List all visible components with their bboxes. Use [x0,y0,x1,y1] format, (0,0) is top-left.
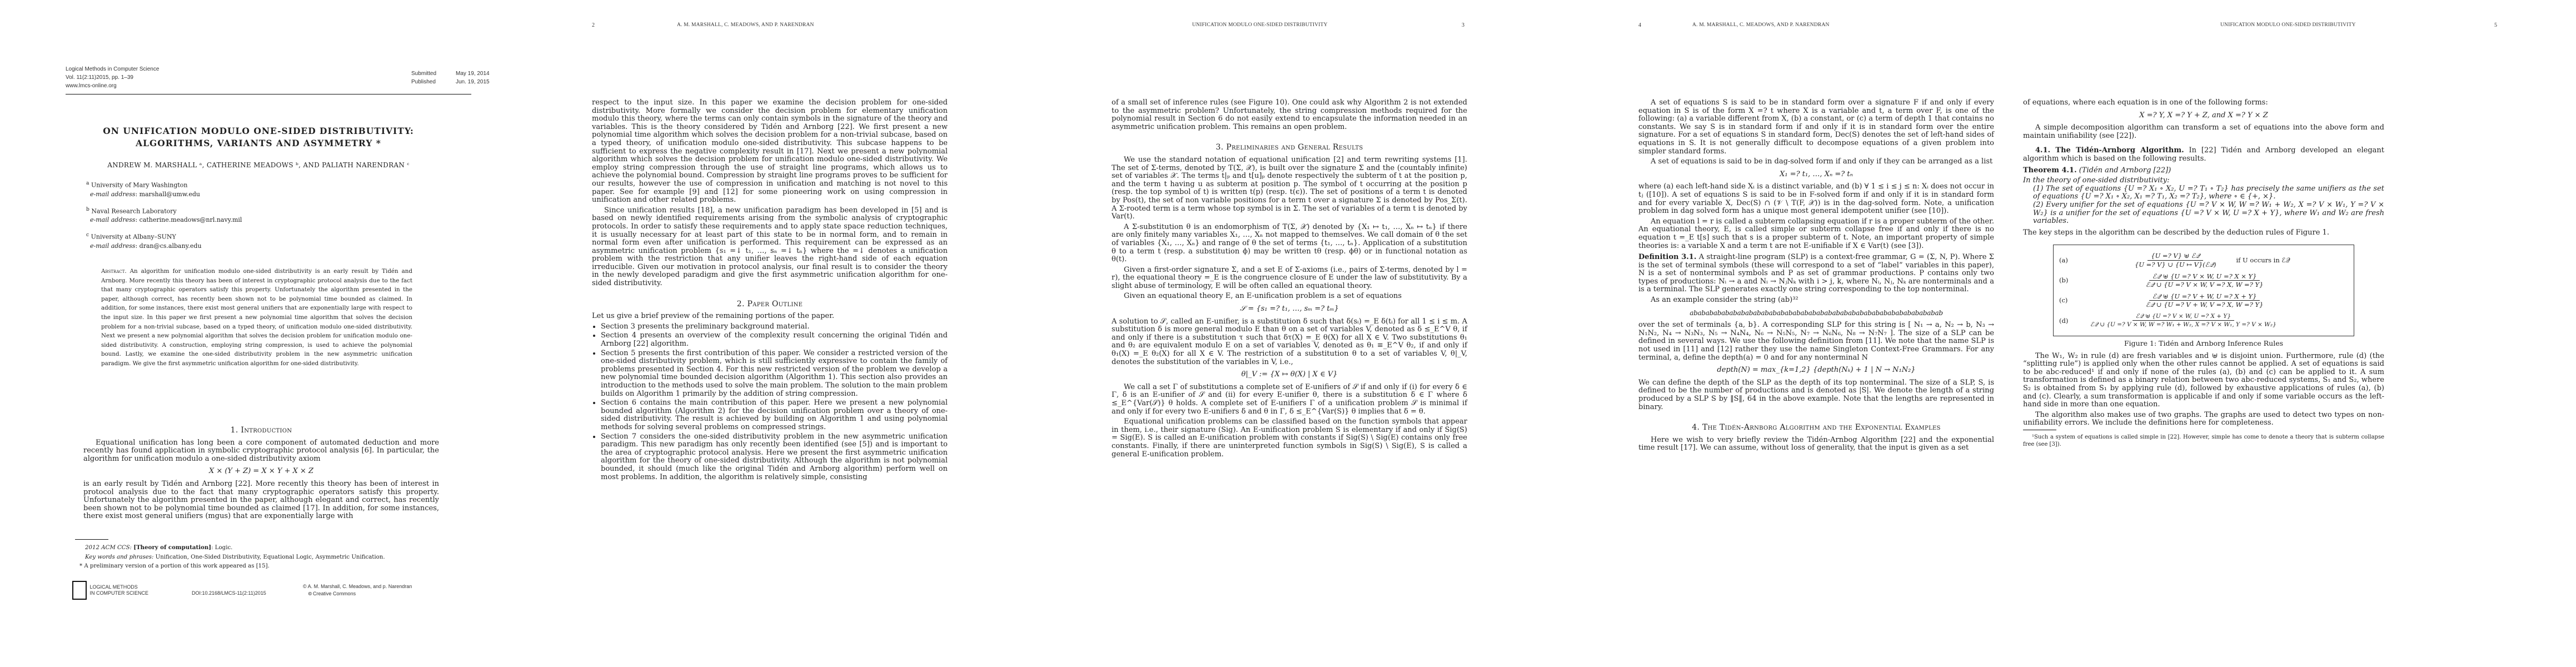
header-rule [66,94,471,94]
rule-fraction: ℰ𝒬 ⊎ {U =? V × W, U =? X × Y} ℰ𝒬 ∪ {U =?… [2142,272,2266,289]
paragraph: The algorithm also makes use of two grap… [2023,411,2384,427]
theorem-item: (2) Every unifier for the set of equatio… [2023,201,2384,226]
license-text: Creative Commons [313,591,356,596]
paragraph: We call a set Γ of substitutions a compl… [1112,384,1467,416]
email-link[interactable]: marshall@umw.edu [139,191,200,198]
submitted-label: Submitted [411,69,456,78]
title-line-2: ALGORITHMS, VARIANTS AND ASYMMETRY * [83,137,434,150]
submitted-date: May 19, 2014 [456,71,490,77]
definition-3-1: Definition 3.1. A straight-line program … [1638,253,1994,294]
outline-list: Section 3 presents the preliminary backg… [592,323,948,481]
theorem-attribution: (Tidén and Arnborg [22]) [2079,166,2171,175]
inference-rule-d: (d) ℰ𝒬 ⊎ {U =? V × W, U =? X + Y} ℰ𝒬 ∪ {… [2059,312,2348,329]
paragraph: respect to the input size. In this paper… [592,99,948,205]
running-head: UNIFICATION MODULO ONE-SIDED DISTRIBUTIV… [1192,22,1328,28]
paragraph: where (a) each left-hand side Xᵢ is a di… [1638,183,1994,215]
rule-fraction: ℰ𝒬 ⊎ {U =? V × W, U =? X + Y} ℰ𝒬 ∪ {U =?… [2087,312,2280,329]
paragraph: Equational unification problems can be c… [1112,418,1467,459]
paragraph: We use the standard notation of equation… [1112,156,1467,221]
authors: ANDREW M. MARSHALL ᵃ, CATHERINE MEADOWS … [83,161,434,169]
affiliation-mark: b [86,206,89,212]
introduction: 1. Introduction Equational unification h… [83,414,439,523]
page-number: 3 [1462,22,1464,28]
affiliation-mark: a [86,180,89,186]
running-head: A. M. MARSHALL, C. MEADOWS, AND P. NAREN… [677,22,814,28]
affiliation-name: Naval Research Laboratory [91,207,176,215]
copyright: © A. M. Marshall, C. Meadows, and p. Nar… [303,583,412,598]
affiliation-mark: c [86,232,89,238]
figure-1-caption: Figure 1: Tidén and Arnborg Inference Ru… [2023,340,2384,348]
email-label: e-mail address [90,242,135,250]
section-4-title: 4. The Tidén-Arnborg Algorithm and the E… [1638,424,1994,432]
published-label: Published [411,78,456,86]
rule-label: (c) [2059,296,2109,305]
abstract-text: An algorithm for unification modulo one-… [101,268,412,367]
subsection-4-1: 4.1. The Tidén-Arnborg Algorithm. In [22… [2023,147,2384,163]
ccs-category: [Theory of computation] [133,544,211,551]
paragraph: The W₁, W₂ in rule (d) are fresh variabl… [2023,352,2384,409]
section-2-title: 2. Paper Outline [592,300,948,308]
section-3-title: 3. Preliminaries and General Results [1112,143,1467,152]
example-string: abababababababababababababababababababab… [1638,309,1994,317]
keywords-label: Key words and phrases: [85,554,153,560]
paragraph: A Σ-substitution θ is an endomorphism of… [1112,223,1467,264]
theorem-intro: In the theory of one-sided distributivit… [2023,177,2384,185]
outline-item: Section 3 presents the preliminary backg… [601,323,948,331]
outline-item: Section 4 presents an overview of the co… [601,332,948,348]
rule-side-condition: if U occurs in ℰ𝒬 [2236,256,2290,265]
intro-paragraph-2: is an early result by Tidén and Arnborg … [83,480,439,521]
figure-1-inference-rules: (a) {U =? V} ⊎ ℰ𝒬 {U =? V} ∪ {U ↦ V}(ℰ𝒬)… [2053,245,2354,336]
paragraph: A set of equations S is said to be in st… [1638,99,1994,156]
paragraph: Given a first-order signature Σ, and a s… [1112,266,1467,291]
paragraph: A simple decomposition algorithm can tra… [2023,124,2384,140]
section-1-title: 1. Introduction [83,426,439,435]
preliminary-note: * A preliminary version of a portion of … [75,562,436,571]
rule-label: (b) [2059,276,2109,285]
published-date: Jun. 19, 2015 [456,79,490,85]
page-2-body: respect to the input size. In this paper… [592,99,948,482]
paragraph: A set of equations is said to be in dag-… [1638,158,1994,166]
journal-info: Logical Methods in Computer Science Vol.… [66,65,159,90]
title-line-1: ON UNIFICATION MODULO ONE-SIDED DISTRIBU… [83,125,434,137]
theorem-item: (1) The set of equations {U =? X₁ ∘ X₂, … [2023,185,2384,201]
footnote-1: ¹Such a system of equations is called si… [2023,434,2384,448]
footnote-rule [2023,430,2056,430]
rule-premise: {U =? V} ⊎ ℰ𝒬 [2148,252,2203,261]
rule-fraction: {U =? V} ⊎ ℰ𝒬 {U =? V} ∪ {U ↦ V}(ℰ𝒬) [2131,252,2219,268]
doi[interactable]: DOI:10.2168/LMCS-11(2:11)2015 [192,590,266,596]
rule-label: (d) [2059,317,2087,325]
email-link[interactable]: dran@cs.albany.edu [139,242,202,250]
rule-premise: ℰ𝒬 ⊎ {U =? V × W, U =? X × Y} [2149,272,2260,281]
email-label: e-mail address [90,216,135,223]
rule-premise: ℰ𝒬 ⊎ {U =? V × W, U =? X + Y} [2132,312,2234,321]
restriction-equation: θ|_V := {X ↦ θ(X) | X ∈ V} [1112,371,1467,379]
rule-label: (a) [2059,256,2109,265]
paragraph: Since unification results [18], a new un… [592,207,948,288]
abstract-label: Abstract. [101,268,127,275]
page-number: 4 [1638,22,1641,28]
paragraph: The key steps in the algorithm can be de… [2023,229,2384,237]
paper-title: ON UNIFICATION MODULO ONE-SIDED DISTRIBU… [83,125,434,150]
page-number: 2 [592,22,595,28]
page-1: Logical Methods in Computer Science Vol.… [0,0,515,667]
rule-conclusion: ℰ𝒬 ∪ {U =? V × W, W =? W₁ + W₂, X =? V ×… [2087,321,2280,329]
rule-conclusion: ℰ𝒬 ∪ {U =? V + W, V =? X, W =? Y} [2142,301,2266,309]
journal-volume: Vol. 11(2:11)2015, pp. 1–39 [66,73,159,82]
theorem-label: Theorem 4.1. [2023,166,2077,175]
rule-conclusion: ℰ𝒬 ∪ {U =? V × W, V =? X, W =? Y} [2142,281,2266,289]
outline-item: Section 7 considers the one-sided distri… [601,433,948,482]
affiliation-c: c University at Albany–SUNY e-mail addre… [86,231,242,251]
affiliation-a: a University of Mary Washington e-mail a… [86,179,242,199]
outline-intro: Let us give a brief preview of the remai… [592,312,948,321]
definition-label: Definition 3.1. [1638,253,1696,261]
paragraph: of equations, where each equation is in … [2023,99,2384,107]
email-label: e-mail address [90,191,135,198]
copyright-text: © A. M. Marshall, C. Meadows, and p. Nar… [303,583,412,590]
creative-commons-icon: 🅭 [308,591,313,596]
theorem-4-1: Theorem 4.1. (Tidén and Arnborg [22]) [2023,167,2384,175]
journal-url[interactable]: www.lmcs-online.org [66,82,159,90]
standard-forms-equation: X =? Y, X =? Y + Z, and X =? Y × Z [2023,112,2384,120]
outline-item: Section 5 presents the first contributio… [601,350,948,399]
footnote-rule [75,539,108,540]
theorem-body: In the theory of one-sided distributivit… [2023,177,2384,226]
dag-list-equation: X₁ =? t₁, …, Xₙ =? tₙ [1638,171,1994,179]
lmcs-logo: LOGICAL METHODS IN COMPUTER SCIENCE [72,581,148,600]
distributivity-equation: X × (Y + Z) = X × Y + X × Z [83,467,439,476]
rule-fraction: ℰ𝒬 ⊎ {U =? V + W, U =? X + Y} ℰ𝒬 ∪ {U =?… [2142,292,2266,309]
running-head: UNIFICATION MODULO ONE-SIDED DISTRIBUTIV… [2220,22,2356,28]
paragraph: A solution to 𝒮, called an E-unifier, is… [1112,318,1467,367]
page-5-body: of equations, where each equation is in … [2023,99,2384,448]
inference-rule-b: (b) ℰ𝒬 ⊎ {U =? V × W, U =? X × Y} ℰ𝒬 ∪ {… [2059,272,2348,289]
outline-item: Section 6 contains the main contribution… [601,399,948,431]
page-3: UNIFICATION MODULO ONE-SIDED DISTRIBUTIV… [1106,0,1621,667]
paragraph: of a small set of inference rules (see F… [1112,99,1467,131]
paragraph: An equation l = r is called a subterm co… [1638,218,1994,250]
subsection-title: 4.1. The Tidén-Arnborg Algorithm. [2035,146,2184,155]
journal-dates: SubmittedMay 19, 2014 PublishedJun. 19, … [411,69,490,86]
depth-equation: depth(N) = max_{k=1,2} {depth(Nₖ) + 1 | … [1638,366,1994,375]
lmcs-logo-icon [72,581,87,600]
inference-rule-c: (c) ℰ𝒬 ⊎ {U =? V + W, U =? X + Y} ℰ𝒬 ∪ {… [2059,292,2348,309]
paragraph: over the set of terminals {a, b}. A corr… [1638,321,1994,362]
affiliation-name: University of Mary Washington [91,182,188,189]
journal-name: Logical Methods in Computer Science [66,65,159,73]
unification-problem-equation: 𝒮 = {s₁ =? t₁, …, sₘ =? tₘ} [1112,305,1467,313]
running-head: A. M. MARSHALL, C. MEADOWS, AND P. NAREN… [1692,22,1830,28]
logo-text-1: LOGICAL METHODS [90,584,138,590]
affiliation-b: b Naval Research Laboratory e-mail addre… [86,205,242,225]
inference-rule-a: (a) {U =? V} ⊎ ℰ𝒬 {U =? V} ∪ {U ↦ V}(ℰ𝒬)… [2059,252,2348,268]
paragraph: Here we wish to very briefly review the … [1638,436,1994,452]
page-2: 2 A. M. MARSHALL, C. MEADOWS, AND P. NAR… [584,0,1099,667]
page-5: UNIFICATION MODULO ONE-SIDED DISTRIBUTIV… [2023,0,2538,667]
rule-premise: ℰ𝒬 ⊎ {U =? V + W, U =? X + Y} [2149,292,2260,301]
affiliation-name: University at Albany–SUNY [91,233,176,241]
ccs-rest: : Logic. [211,545,232,551]
logo-text-2: IN COMPUTER SCIENCE [90,590,149,596]
page-3-body: of a small set of inference rules (see F… [1112,99,1467,461]
paragraph: Given an equational theory E, an E-unifi… [1112,292,1467,301]
ccs-label: 2012 ACM CCS: [85,545,132,551]
example-intro: As an example consider the string (ab)³² [1638,296,1994,305]
email-link[interactable]: catherine.meadows@nrl.navy.mil [139,216,242,223]
page-number: 5 [2494,22,2497,28]
front-footnotes: 2012 ACM CCS: [Theory of computation]: L… [75,539,436,571]
keywords: Unification, One-Sided Distributivity, E… [156,554,385,560]
rule-conclusion: {U =? V} ∪ {U ↦ V}(ℰ𝒬) [2131,261,2219,269]
affiliations: a University of Mary Washington e-mail a… [86,179,242,257]
paragraph: We can define the depth of the SLP as th… [1638,379,1994,411]
intro-paragraph-1: Equational unification has long been a c… [83,439,439,464]
abstract: Abstract. An algorithm for unification m… [101,267,412,369]
page-4-body: A set of equations S is said to be in st… [1638,99,1994,455]
